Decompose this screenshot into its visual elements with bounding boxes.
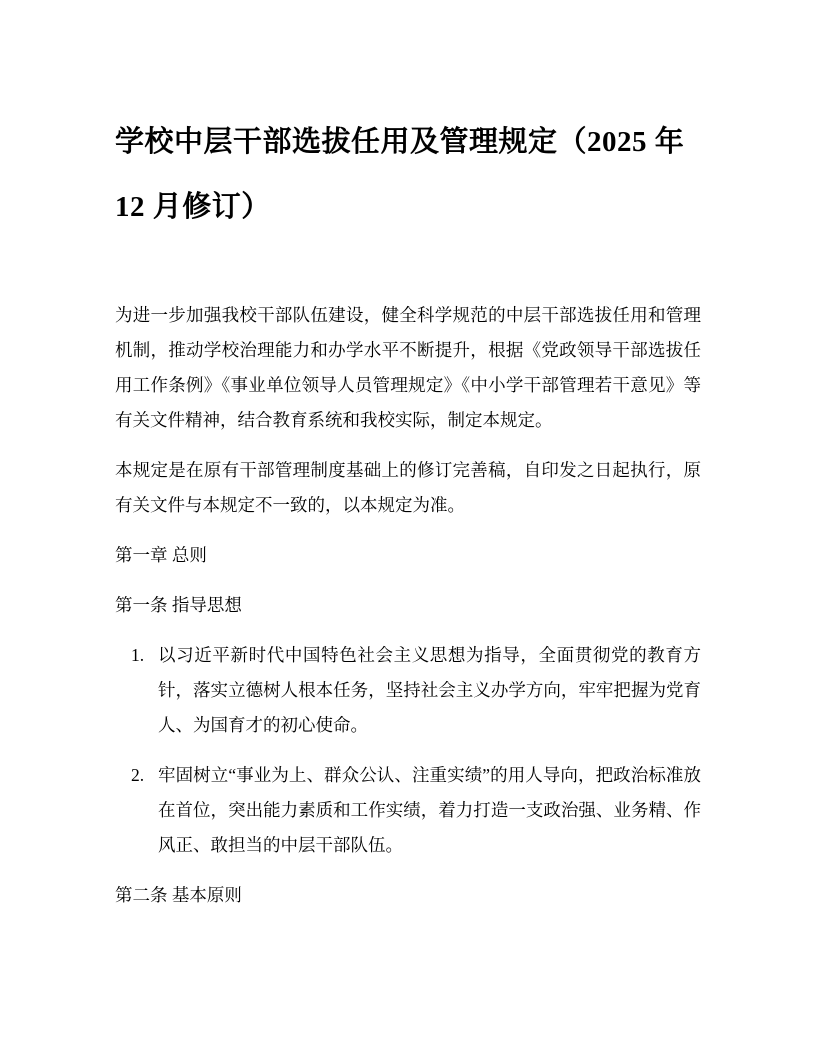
list-item-text: 以习近平新时代中国特色社会主义思想为指导，全面贯彻党的教育方针，落实立德树人根本… bbox=[158, 645, 701, 735]
list-item-text: 牢固树立“事业为上、群众公认、注重实绩”的用人导向，把政治标准放在首位，突出能力… bbox=[158, 765, 701, 855]
intro-paragraph-2: 本规定是在原有干部管理制度基础上的修订完善稿，自印发之日起执行，原有关文件与本规… bbox=[115, 453, 701, 523]
chapter-1-heading: 第一章 总则 bbox=[115, 538, 701, 573]
list-item-number: 1. bbox=[131, 638, 144, 673]
document-title: 学校中层干部选拔任用及管理规定（2025 年 12 月修订） bbox=[115, 110, 701, 240]
list-item: 1. 以习近平新时代中国特色社会主义思想为指导，全面贯彻党的教育方针，落实立德树… bbox=[115, 638, 701, 743]
list-item-number: 2. bbox=[131, 758, 144, 793]
article-1-list: 1. 以习近平新时代中国特色社会主义思想为指导，全面贯彻党的教育方针，落实立德树… bbox=[115, 638, 701, 863]
document-page: 学校中层干部选拔任用及管理规定（2025 年 12 月修订） 为进一步加强我校干… bbox=[0, 0, 816, 1056]
article-1-heading: 第一条 指导思想 bbox=[115, 588, 701, 623]
article-2-heading: 第二条 基本原则 bbox=[115, 878, 701, 913]
intro-paragraph-1: 为进一步加强我校干部队伍建设，健全科学规范的中层干部选拔任用和管理机制，推动学校… bbox=[115, 298, 701, 438]
list-item: 2. 牢固树立“事业为上、群众公认、注重实绩”的用人导向，把政治标准放在首位，突… bbox=[115, 758, 701, 863]
